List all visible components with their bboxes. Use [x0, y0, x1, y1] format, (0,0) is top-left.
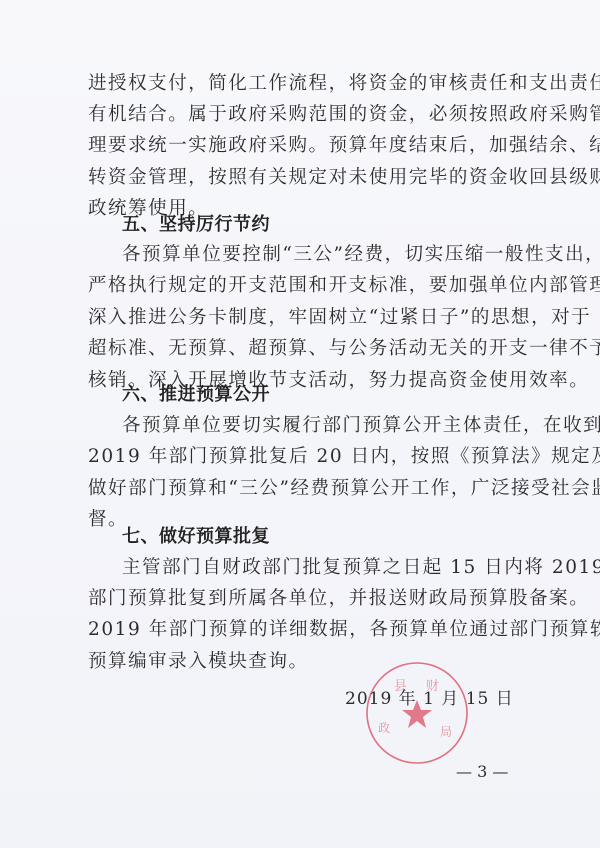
official-seal-icon: 县 财 政 局 [364, 660, 470, 766]
body-line: 进授权支付，简化工作流程，将资金的审核责任和支出责任 [88, 72, 518, 96]
body-line: 2019 年部门预算的详细数据，各预算单位通过部门预算软件 [88, 618, 518, 642]
body-line: 转资金管理，按照有关规定对未使用完毕的资金收回县级财 [88, 166, 518, 190]
section-heading: 七、做好预算批复 [122, 525, 552, 549]
page-number: — 3 — [456, 762, 508, 781]
body-line: 理要求统一实施政府采购。预算年度结束后，加强结余、结 [88, 134, 518, 158]
body-line: 严格执行规定的开支范围和开支标准，要加强单位内部管理， [88, 274, 518, 298]
body-line: 深入推进公务卡制度，牢固树立“过紧日子”的思想，对于 [88, 306, 518, 330]
body-line: 主管部门自财政部门批复预算之日起 15 日内将 2019 年 [122, 556, 552, 580]
body-line: 各预算单位要控制“三公”经费，切实压缩一般性支出， [122, 243, 552, 267]
body-line: 有机结合。属于政府采购范围的资金，必须按照政府采购管 [88, 103, 518, 127]
body-line: 超标准、无预算、超预算、与公务活动无关的开支一律不予 [88, 337, 518, 361]
body-line: 部门预算批复到所属各单位，并报送财政局预算股备案。 [88, 587, 518, 611]
section-heading: 六、推进预算公开 [122, 383, 552, 407]
body-line: 各预算单位要切实履行部门预算公开主体责任，在收到 [122, 414, 552, 438]
document-date: 2019 年 1 月 15 日 [345, 684, 514, 709]
body-line: 2019 年部门预算批复后 20 日内，按照《预算法》规定及时 [88, 445, 518, 469]
section-heading: 五、坚持厉行节约 [122, 213, 552, 237]
body-line: 做好部门预算和“三公”经费预算公开工作，广泛接受社会监 [88, 477, 518, 501]
svg-text:局: 局 [440, 725, 452, 739]
document-page: 进授权支付，简化工作流程，将资金的审核责任和支出责任 有机结合。属于政府采购范围… [0, 0, 600, 848]
svg-text:政: 政 [378, 720, 390, 735]
